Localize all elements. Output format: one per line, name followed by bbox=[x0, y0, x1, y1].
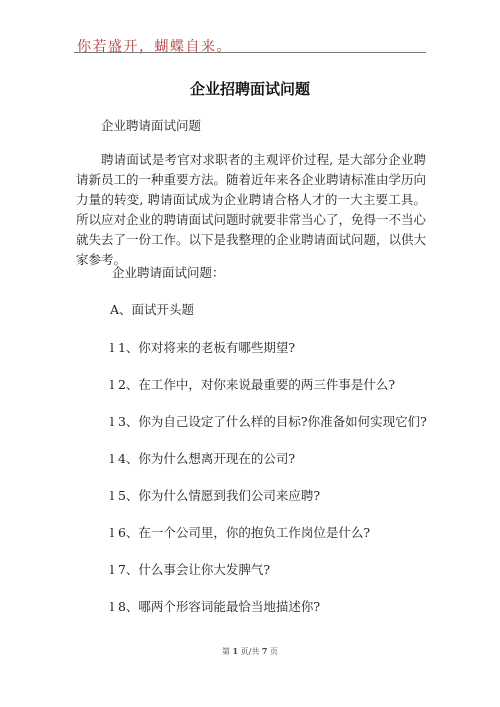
intro-paragraph: 聘请面试是考官对求职者的主观评价过程, 是大部分企业聘请新员工的一种重要方法。随… bbox=[76, 150, 426, 270]
footer-middle: 页/共 bbox=[241, 647, 260, 656]
document-title: 企业招聘面试问题 bbox=[0, 78, 500, 99]
question-item: l 3、你为自己设定了什么样的目标?你准备如何实现它们? bbox=[110, 412, 427, 430]
page-footer: 第 1 页/共 7 页 bbox=[0, 646, 500, 657]
question-item: l 7、什么事会让你大发脾气? bbox=[110, 560, 270, 578]
footer-prefix: 第 bbox=[222, 647, 230, 656]
header-motto: 你若盛开，蝴蝶自来。 bbox=[77, 36, 232, 56]
header-divider bbox=[74, 52, 426, 53]
footer-suffix: 页 bbox=[270, 647, 278, 656]
total-pages-number: 7 bbox=[262, 646, 268, 656]
question-item: l 2、在工作中，对你来说最重要的两三件事是什么? bbox=[110, 375, 395, 393]
document-subtitle: 企业聘请面试问题 bbox=[101, 116, 201, 134]
question-item: l 1、你对将来的老板有哪些期望? bbox=[110, 338, 295, 356]
question-item: l 5、你为什么情愿到我们公司来应聘? bbox=[110, 486, 320, 504]
document-page: 你若盛开，蝴蝶自来。 企业招聘面试问题 企业聘请面试问题 聘请面试是考官对求职者… bbox=[0, 0, 500, 707]
current-page-number: 1 bbox=[233, 646, 239, 656]
question-item: l 4、你为什么想离开现在的公司? bbox=[110, 449, 295, 467]
question-item: l 8、哪两个形容词能最恰当地描述你? bbox=[110, 597, 320, 615]
section-a-heading: A、面试开头题 bbox=[110, 300, 194, 318]
questions-heading: 企业聘请面试问题： bbox=[112, 263, 225, 281]
question-item: l 6、在一个公司里，你的抱负工作岗位是什么? bbox=[110, 523, 370, 541]
